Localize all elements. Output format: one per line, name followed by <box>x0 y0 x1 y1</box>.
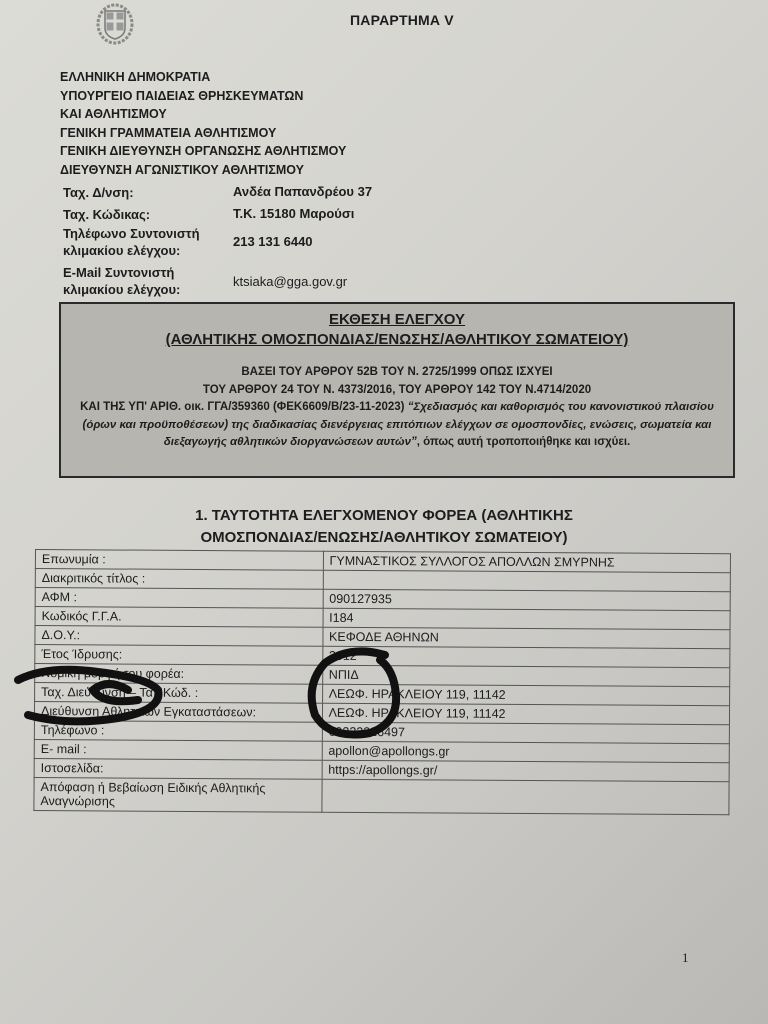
row-label: Δ.Ο.Υ.: <box>35 626 323 647</box>
row-label: Έτος Ίδρυσης: <box>35 645 323 666</box>
legal-basis: ΒΑΣΕΙ ΤΟΥ ΑΡΘΡΟΥ 52Β ΤΟΥ Ν. 2725/1999 ΟΠ… <box>61 364 733 452</box>
row-value: ΝΠΙΔ <box>322 665 730 686</box>
label-line: κλιμακίου ελέγχου: <box>63 281 223 298</box>
section-title-line: ΟΜΟΣΠΟΝΔΙΑΣ/ΕΝΩΣΗΣ/ΑΘΛΗΤΙΚΟΥ ΣΩΜΑΤΕΙΟΥ) <box>0 527 768 549</box>
row-value: apollon@apollongs.gr <box>322 741 730 762</box>
row-value <box>321 779 729 814</box>
row-value: 090127935 <box>323 589 731 610</box>
legal-line: ΚΑΙ ΤΗΣ ΥΠ' ΑΡΙΘ. οικ. ΓΓΑ/359360 (ΦΕΚ66… <box>65 399 729 452</box>
row-value: https://apollongs.gr/ <box>322 760 730 781</box>
label-line: κλιμακίου ελέγχου: <box>63 242 223 259</box>
coordinator-email-label: E-Mail Συντονιστή κλιμακίου ελέγχου: <box>63 264 223 298</box>
row-label: Επωνυμία : <box>35 550 323 571</box>
section-title-line: 1. ΤΑΥΤΟΤΗΤΑ ΕΛΕΓΧΟΜΕΝΟΥ ΦΟΡΕΑ (ΑΘΛΗΤΙΚΗ… <box>0 505 768 527</box>
row-label: Διεύθυνση Αθλητικών Εγκαταστάσεων: <box>34 702 322 723</box>
row-label: Απόφαση ή Βεβαίωση Ειδικής Αθλητικής Ανα… <box>34 777 322 812</box>
legal-ref: ΚΑΙ ΤΗΣ ΥΠ' ΑΡΙΘ. οικ. ΓΓΑ/359360 (ΦΕΚ66… <box>80 401 408 413</box>
row-value: 2012 <box>322 646 730 667</box>
row-label: Ταχ. Διεύθυνση – Ταχ.Κώδ. : <box>35 683 323 704</box>
row-value: ΚΕΦΟΔΕ ΑΘΗΝΩΝ <box>323 627 731 648</box>
row-label: Ιστοσελίδα: <box>34 758 322 779</box>
row-value: Ι184 <box>323 608 731 629</box>
address-value: Ανδέα Παπανδρέου 37 <box>233 184 372 199</box>
row-label: Κωδικός Γ.Γ.Α. <box>35 607 323 628</box>
table-row: Απόφαση ή Βεβαίωση Ειδικής Αθλητικής Ανα… <box>34 777 729 814</box>
ministry-header: ΕΛΛΗΝΙΚΗ ΔΗΜΟΚΡΑΤΙΑ ΥΠΟΥΡΓΕΙΟ ΠΑΙΔΕΙΑΣ Θ… <box>60 68 346 179</box>
ministry-line: ΓΕΝΙΚΗ ΓΡΑΜΜΑΤΕΙΑ ΑΘΛΗΤΙΣΜΟΥ <box>60 124 346 143</box>
row-value: ΓΥΜΝΑΣΤΙΚΟΣ ΣΥΛΛΟΓΟΣ ΑΠΟΛΛΩΝ ΣΜΥΡΝΗΣ <box>323 551 731 572</box>
row-value: ΛΕΩΦ. ΗΡΑΚΛΕΙΟΥ 119, 11142 <box>322 703 730 724</box>
annex-title: ΠΑΡΑΡΤΗΜΑ V <box>350 12 454 28</box>
report-subtitle: (ΑΘΛΗΤΙΚΗΣ ΟΜΟΣΠΟΝΔΙΑΣ/ΕΝΩΣΗΣ/ΑΘΛΗΤΙΚΟΥ … <box>61 330 733 350</box>
legal-line: ΒΑΣΕΙ ΤΟΥ ΑΡΘΡΟΥ 52Β ΤΟΥ Ν. 2725/1999 ΟΠ… <box>65 364 729 382</box>
coordinator-phone-value: 213 131 6440 <box>233 234 313 249</box>
ministry-line: ΚΑΙ ΑΘΛΗΤΙΣΜΟΥ <box>60 105 346 124</box>
coordinator-phone-label: Τηλέφωνο Συντονιστή κλιμακίου ελέγχου: <box>63 225 223 259</box>
row-value <box>323 570 731 591</box>
section-title: 1. ΤΑΥΤΟΤΗΤΑ ΕΛΕΓΧΟΜΕΝΟΥ ΦΟΡΕΑ (ΑΘΛΗΤΙΚΗ… <box>0 505 768 549</box>
coordinator-email-value: ktsiaka@gga.gov.gr <box>233 274 347 289</box>
postcode-label: Ταχ. Κώδικας: <box>63 206 223 223</box>
legal-tail: , όπως αυτή τροποποιήθηκε και ισχύει. <box>417 436 630 448</box>
row-value: 69322326497 <box>322 722 730 743</box>
legal-line: ΤΟΥ ΑΡΘΡΟΥ 24 ΤΟΥ Ν. 4373/2016, ΤΟΥ ΑΡΘΡ… <box>65 382 729 400</box>
label-line: Τηλέφωνο Συντονιστή <box>63 225 223 242</box>
entity-identity-table: Επωνυμία :ΓΥΜΝΑΣΤΙΚΟΣ ΣΥΛΛΟΓΟΣ ΑΠΟΛΛΩΝ Σ… <box>33 549 731 815</box>
ministry-line: ΕΛΛΗΝΙΚΗ ΔΗΜΟΚΡΑΤΙΑ <box>60 68 346 87</box>
row-value: ΛΕΩΦ. ΗΡΑΚΛΕΙΟΥ 119, 11142 <box>322 684 730 705</box>
ministry-line: ΥΠΟΥΡΓΕΙΟ ΠΑΙΔΕΙΑΣ ΘΡΗΣΚΕΥΜΑΤΩΝ <box>60 87 346 106</box>
address-label: Ταχ. Δ/νση: <box>63 184 223 201</box>
website-link[interactable]: https://apollongs.gr/ <box>328 763 437 778</box>
document-page: ΠΑΡΑΡΤΗΜΑ V ΕΛΛΗΝΙΚΗ ΔΗΜΟΚΡΑΤΙΑ ΥΠΟΥΡΓΕΙ… <box>0 0 768 1024</box>
page-number: 1 <box>682 950 689 966</box>
label-line: E-Mail Συντονιστή <box>63 264 223 281</box>
report-title: ΕΚΘΕΣΗ ΕΛΕΓΧΟΥ <box>61 310 733 330</box>
ministry-line: ΓΕΝΙΚΗ ΔΙΕΥΘΥΝΣΗ ΟΡΓΑΝΩΣΗΣ ΑΘΛΗΤΙΣΜΟΥ <box>60 142 346 161</box>
row-label: Νομική μορφή του φορέα: <box>35 664 323 685</box>
ministry-line: ΔΙΕΥΘΥΝΣΗ ΑΓΩΝΙΣΤΙΚΟΥ ΑΘΛΗΤΙΣΜΟΥ <box>60 161 346 180</box>
postcode-value: Τ.Κ. 15180 Μαρούσι <box>233 206 354 221</box>
greek-coat-of-arms-icon <box>88 2 142 46</box>
row-label: E- mail : <box>34 739 322 760</box>
row-label: Διακριτικός τίτλος : <box>35 569 323 590</box>
row-label: ΑΦΜ : <box>35 588 323 609</box>
row-label: Τηλέφωνο : <box>34 720 322 741</box>
report-header-box: ΕΚΘΕΣΗ ΕΛΕΓΧΟΥ (ΑΘΛΗΤΙΚΗΣ ΟΜΟΣΠΟΝΔΙΑΣ/ΕΝ… <box>59 302 735 478</box>
